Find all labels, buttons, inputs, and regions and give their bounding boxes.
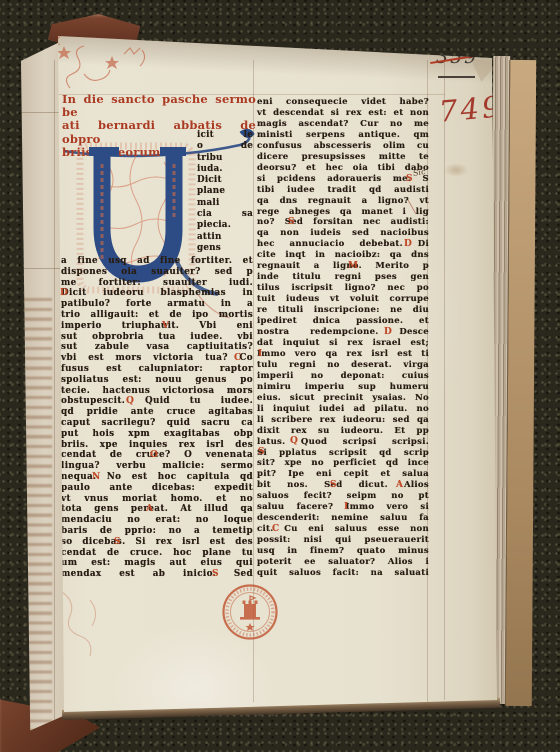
red-initial-mark: S (258, 447, 265, 457)
red-initial-mark: S (212, 569, 219, 579)
red-initial-mark: S (288, 217, 295, 227)
book-board-edge (505, 60, 537, 706)
bleedthrough-text (16, 298, 52, 746)
library-stamp-icon (220, 582, 280, 642)
red-initial-mark: C (272, 524, 279, 534)
red-initial-mark: C (234, 353, 241, 363)
manuscript-photo: In die sancto pasche sermo be ati bernar… (0, 0, 560, 752)
red-initial-mark: D (404, 239, 412, 249)
red-initial-mark: M (348, 261, 358, 271)
red-initial-mark: O (150, 450, 158, 460)
red-initial-mark: I (344, 502, 348, 512)
manuscript-page: In die sancto pasche sermo be ati bernar… (0, 0, 560, 752)
ruling-line (54, 60, 55, 728)
red-initial-mark: S (406, 174, 413, 184)
red-initial-mark: S (114, 537, 121, 547)
red-initial-mark: V (162, 321, 169, 331)
red-initial-mark: S (330, 480, 337, 490)
red-initial-mark: D (60, 288, 68, 298)
red-initial-mark: I (258, 349, 262, 359)
red-initial-mark: A (146, 504, 153, 514)
red-initial-mark: A (396, 480, 403, 490)
folio-underline (438, 76, 475, 78)
red-initial-mark: Q (126, 396, 134, 406)
red-initial-mark: Q (290, 436, 298, 446)
red-initial-mark: D (384, 327, 392, 337)
red-initial-mark: N (92, 472, 100, 482)
